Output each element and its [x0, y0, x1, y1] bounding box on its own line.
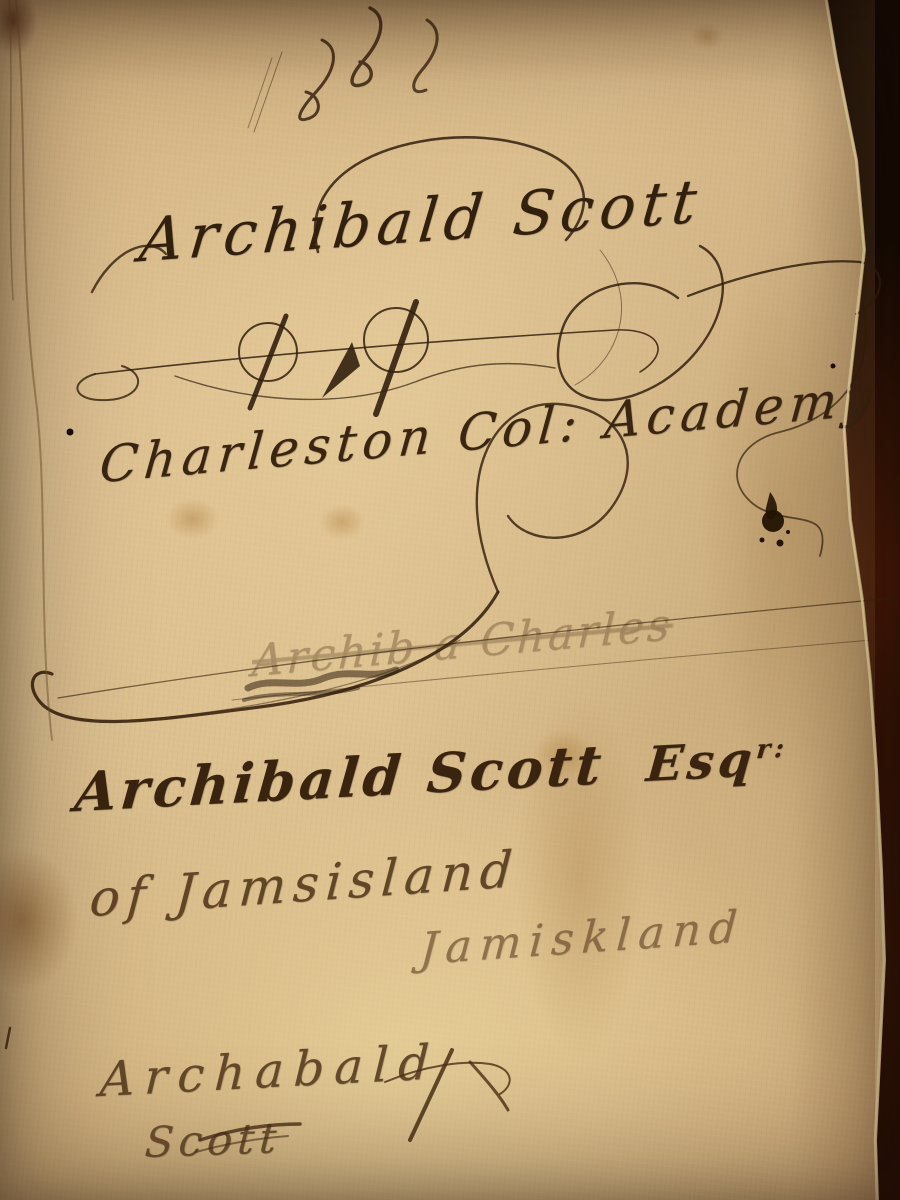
photograph-of-flyleaf: Archibald Scott Charleston Col: Academy … [0, 0, 900, 1200]
esq-title-superscript: r: [755, 733, 789, 766]
aged-paper-page [0, 0, 900, 1200]
inscription-scott-practice: Scott [143, 1113, 283, 1167]
esq-title: Esqr: [644, 730, 790, 794]
